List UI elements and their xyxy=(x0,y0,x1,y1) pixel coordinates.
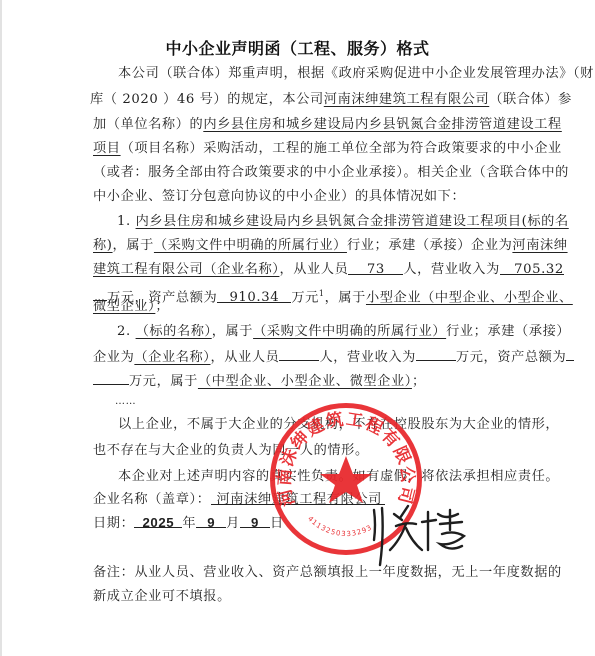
item2-line-2: 企业为（企业名称），从业人员人，营业收入为万元，资产总额为 xyxy=(93,346,541,368)
month-field: 9 xyxy=(196,513,226,528)
svg-text:4113250333293: 4113250333293 xyxy=(306,515,374,538)
handwritten-signature xyxy=(366,500,476,570)
company-name-field: 河南沫绅建筑工程有限公司 xyxy=(324,92,489,107)
year-field: 2025 xyxy=(134,513,182,528)
intro-line-6: 中小企业、签订分包意向协议的中小企业）的具体情况如下： xyxy=(93,187,541,207)
item1-line-2: 称)，属于（采购文件中明确的所属行业）行业；承建（承接）企业为河南沫绅 xyxy=(93,236,541,256)
intro-line-5: （或者：服务全部由符合政策要求的中小企业承接）。相关企业（含联合体中的 xyxy=(93,163,541,183)
intro-line-1: 本公司（联合体）郑重声明，根据《政府采购促进中小企业发展管理办法》（财 xyxy=(118,64,566,84)
item2-line-1: 2. （标的名称），属于（采购文件中明确的所属行业）行业；承建（承接） xyxy=(117,322,565,342)
document-title: 中小企业声明函（工程、服务）格式 xyxy=(0,36,595,59)
item2-revenue-field xyxy=(416,346,456,361)
intro-line-4: 项目（项目名称）采购活动，工程的施工单位全部为符合政策要求的中小企业 xyxy=(93,139,541,159)
item1-line-5: 微型企业）； xyxy=(93,297,541,317)
note-line-2: 新成立企业可不填报。 xyxy=(93,587,541,607)
item2-line-3: 万元，属于（中型企业、小型企业、微型企业）； xyxy=(93,370,541,392)
item2-assets-field xyxy=(93,370,129,385)
intro-line-2: 库（ 2020 ）46 号）的规定，本公司河南沫绅建筑工程有限公司（联合体）参 xyxy=(90,90,538,110)
note-line-1: 备注：从业人员、营业收入、资产总额填报上一年度数据，无上一年度数据的 xyxy=(93,563,541,583)
project-name-field: 内乡县住房和城乡建设局内乡县钒氮合金排涝管道建设工程 xyxy=(203,117,561,132)
document-page: 中小企业声明函（工程、服务）格式 本公司（联合体）郑重声明，根据《政府采购促进中… xyxy=(0,0,595,656)
revenue-field: 705.32 xyxy=(500,260,564,275)
item1-line-3: 建筑工程有限公司（企业名称），从业人员73人，营业收入为705.32 xyxy=(93,260,541,280)
item2-employees-field xyxy=(279,346,319,361)
day-field: 9 xyxy=(240,513,270,528)
item1-line-1: 1. 内乡县住房和城乡建设局内乡县钒氮合金排涝管道建设工程项目(标的名 xyxy=(117,212,565,232)
intro-line-3: 加（单位名称）的内乡县住房和城乡建设局内乡县钒氮合金排涝管道建设工程 xyxy=(93,115,541,135)
employees-field: 73 xyxy=(348,260,403,275)
